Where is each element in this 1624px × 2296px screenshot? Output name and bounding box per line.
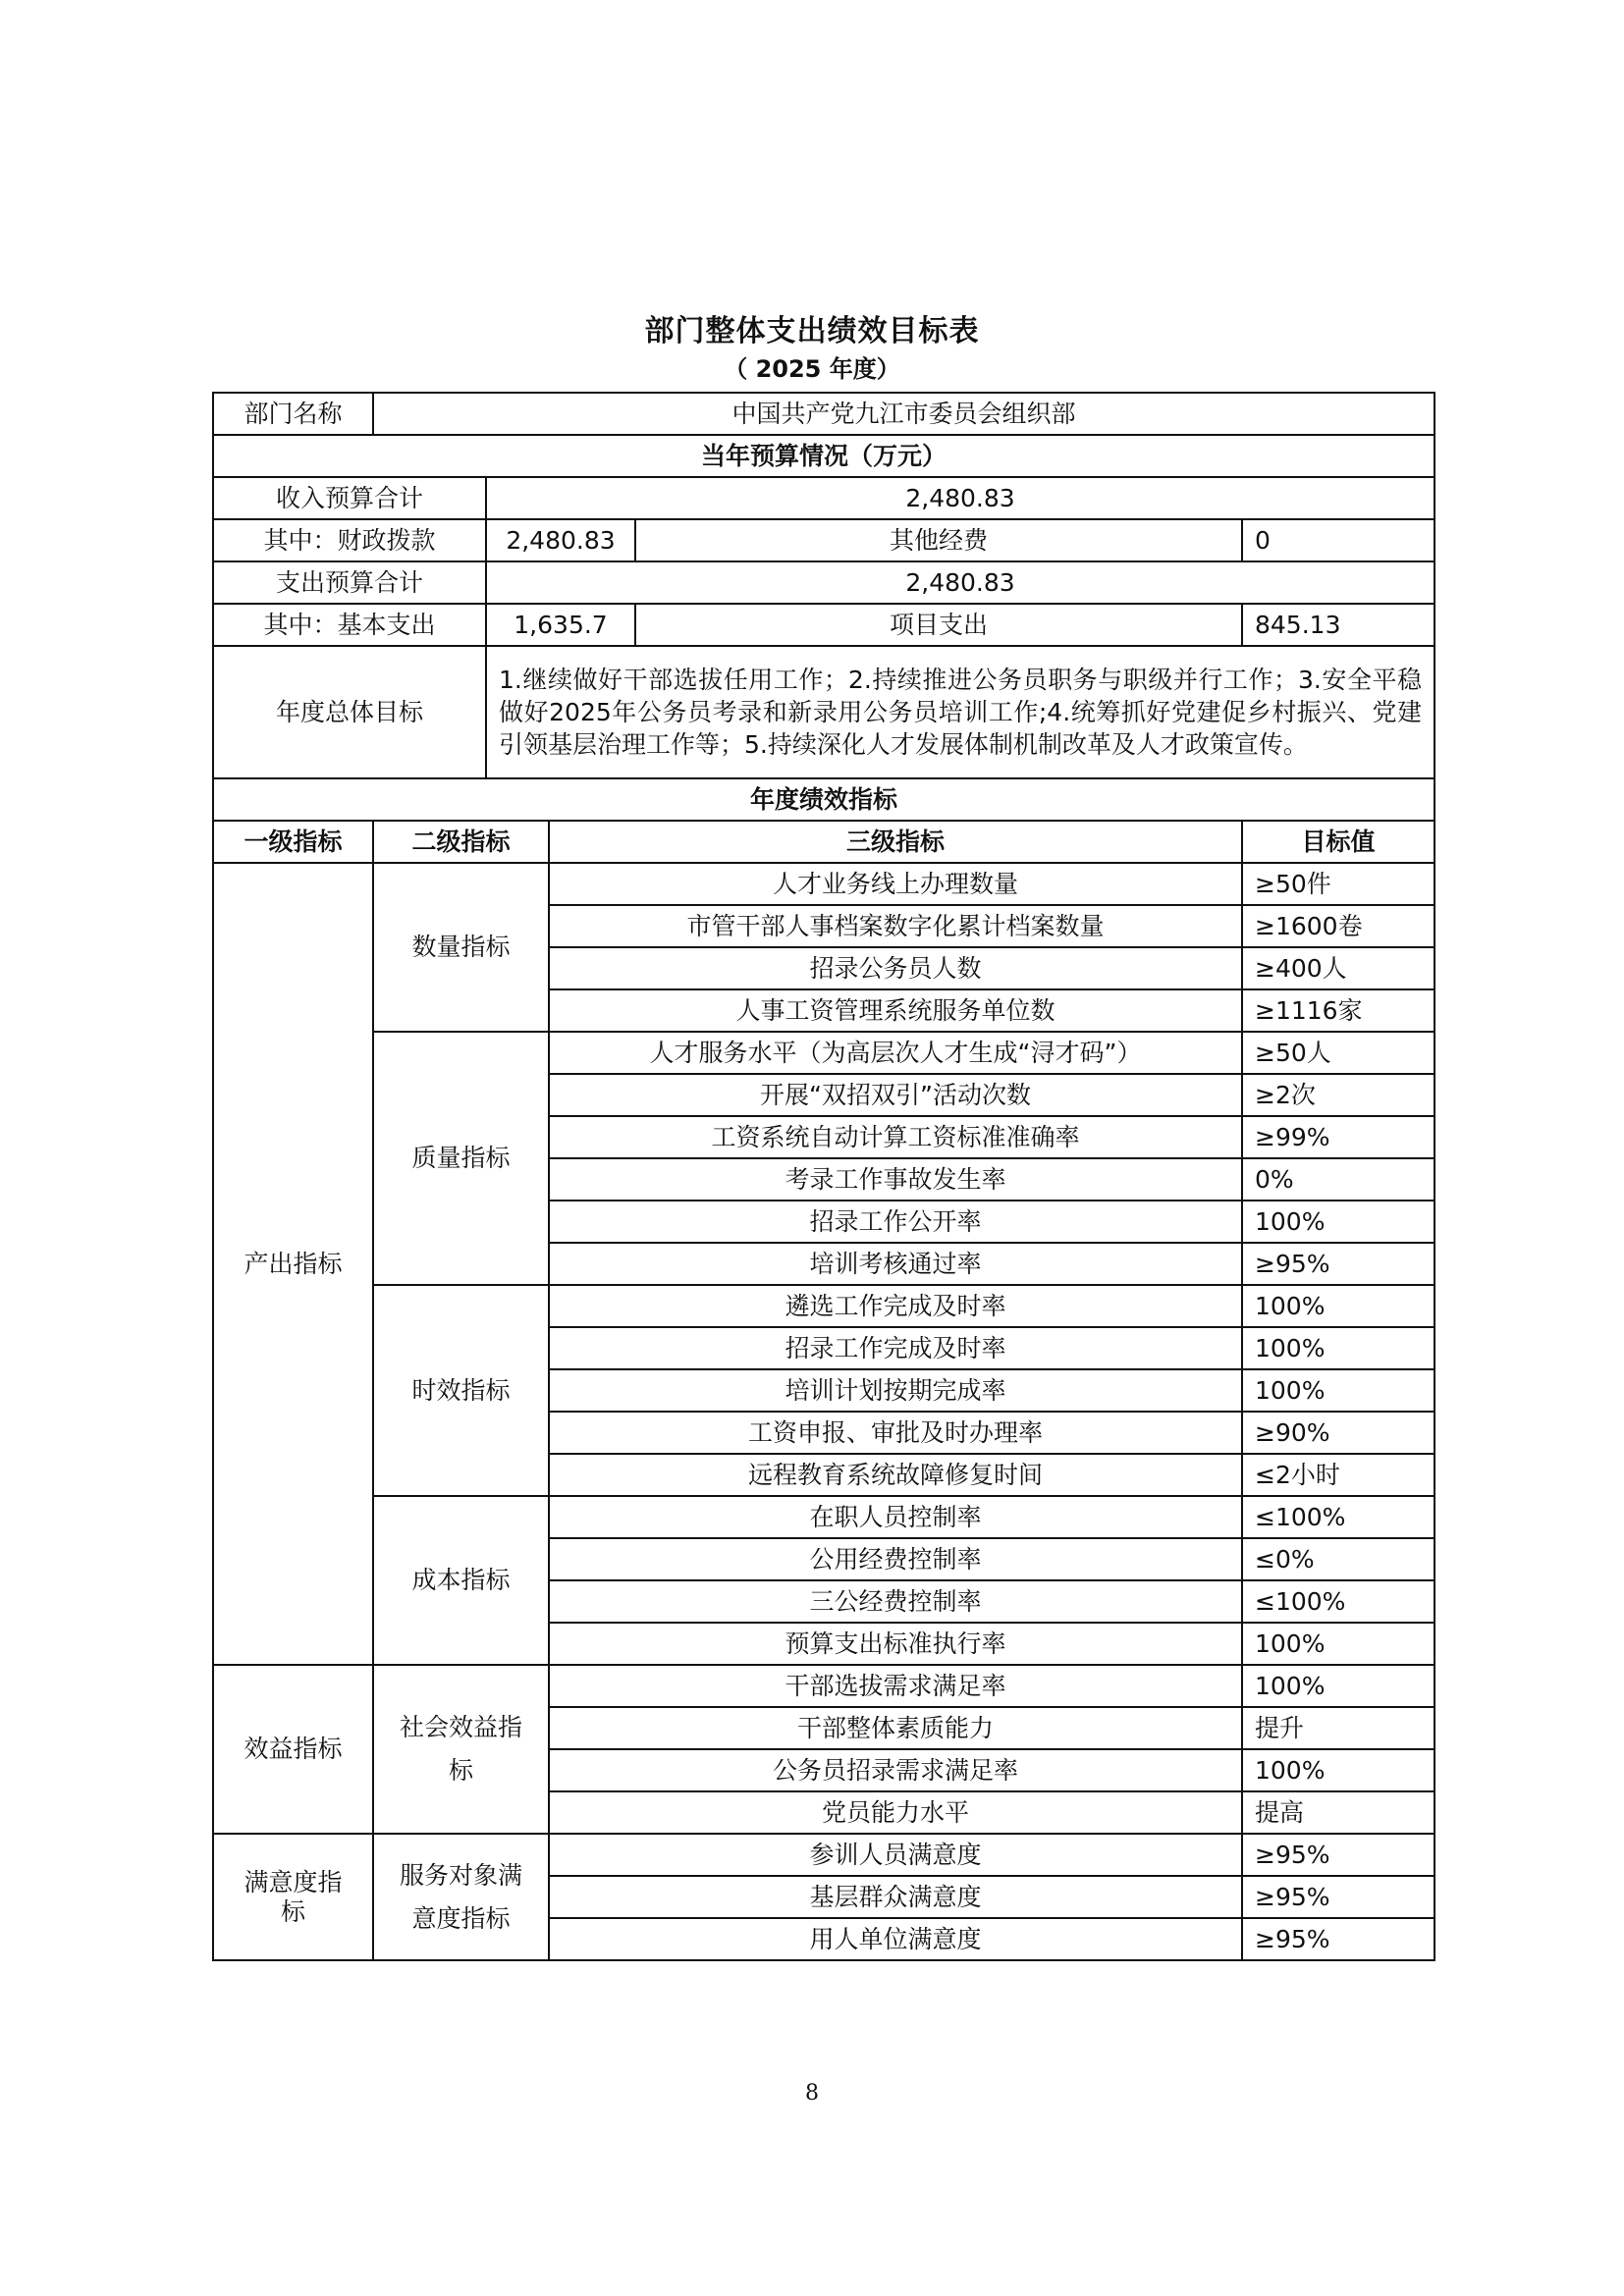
income-total-label: 收入预算合计: [213, 477, 486, 519]
indicators-column-header-row: 一级指标 二级指标 三级指标 目标值: [213, 821, 1435, 863]
target-value: ≤100%: [1242, 1496, 1435, 1538]
level3-indicator: 开展“双招双引”活动次数: [549, 1074, 1242, 1116]
target-value: ≥95%: [1242, 1918, 1435, 1960]
target-value: ≤100%: [1242, 1580, 1435, 1623]
indicators-section-header-row: 年度绩效指标: [213, 778, 1435, 821]
level3-indicator: 人才业务线上办理数量: [549, 863, 1242, 905]
level1-indicator: 效益指标: [213, 1665, 373, 1834]
dept-label: 部门名称: [213, 393, 373, 435]
level2-indicator: 社会效益指标: [373, 1665, 549, 1834]
target-value: ≥99%: [1242, 1116, 1435, 1158]
target-value: ≥95%: [1242, 1834, 1435, 1876]
fiscal-row: 其中：财政拨款 2,480.83 其他经费 0: [213, 519, 1435, 561]
level1-indicator: 产出指标: [213, 863, 373, 1665]
target-value: 100%: [1242, 1749, 1435, 1791]
budget-section-title: 当年预算情况（万元）: [213, 435, 1435, 477]
page-number: 8: [0, 2081, 1624, 2106]
target-value: ≥50件: [1242, 863, 1435, 905]
goal-label: 年度总体目标: [213, 646, 486, 778]
basic-value: 1,635.7: [486, 604, 635, 646]
level1-indicator: 满意度指标: [213, 1834, 373, 1960]
level3-indicator: 考录工作事故发生率: [549, 1158, 1242, 1201]
header-level1: 一级指标: [213, 821, 373, 863]
level3-indicator: 招录工作公开率: [549, 1201, 1242, 1243]
target-value: 提升: [1242, 1707, 1435, 1749]
level3-indicator: 招录公务员人数: [549, 947, 1242, 989]
level3-indicator: 市管干部人事档案数字化累计档案数量: [549, 905, 1242, 947]
level3-indicator: 工资申报、审批及时办理率: [549, 1412, 1242, 1454]
level3-indicator: 遴选工作完成及时率: [549, 1285, 1242, 1327]
level3-indicator: 干部整体素质能力: [549, 1707, 1242, 1749]
target-value: 100%: [1242, 1369, 1435, 1412]
expense-total-label: 支出预算合计: [213, 561, 486, 604]
level2-indicator: 质量指标: [373, 1032, 549, 1285]
indicator-row: 时效指标遴选工作完成及时率100%: [213, 1285, 1435, 1327]
target-value: 100%: [1242, 1201, 1435, 1243]
level3-indicator: 三公经费控制率: [549, 1580, 1242, 1623]
goal-text: 1.继续做好干部选拔任用工作；2.持续推进公务员职务与职级并行工作；3.安全平稳…: [486, 646, 1435, 778]
expense-total-row: 支出预算合计 2,480.83: [213, 561, 1435, 604]
indicator-row: 成本指标在职人员控制率≤100%: [213, 1496, 1435, 1538]
target-value: ≥2次: [1242, 1074, 1435, 1116]
header-level2: 二级指标: [373, 821, 549, 863]
target-value: ≥50人: [1242, 1032, 1435, 1074]
target-value: ≥400人: [1242, 947, 1435, 989]
target-value: 100%: [1242, 1665, 1435, 1707]
target-value: ≥1116家: [1242, 989, 1435, 1032]
dept-row: 部门名称 中国共产党九江市委员会组织部: [213, 393, 1435, 435]
level3-indicator: 用人单位满意度: [549, 1918, 1242, 1960]
indicators-section-title: 年度绩效指标: [213, 778, 1435, 821]
header-target: 目标值: [1242, 821, 1435, 863]
level3-indicator: 人事工资管理系统服务单位数: [549, 989, 1242, 1032]
basic-row: 其中：基本支出 1,635.7 项目支出 845.13: [213, 604, 1435, 646]
other-label: 其他经费: [635, 519, 1242, 561]
basic-label: 其中：基本支出: [213, 604, 486, 646]
level2-indicator: 数量指标: [373, 863, 549, 1032]
level3-indicator: 远程教育系统故障修复时间: [549, 1454, 1242, 1496]
dept-value: 中国共产党九江市委员会组织部: [373, 393, 1435, 435]
level2-indicator: 服务对象满意度指标: [373, 1834, 549, 1960]
target-value: 100%: [1242, 1285, 1435, 1327]
level3-indicator: 基层群众满意度: [549, 1876, 1242, 1918]
document-subtitle: （ 2025 年度）: [0, 349, 1624, 384]
level3-indicator: 工资系统自动计算工资标准准确率: [549, 1116, 1242, 1158]
header-level3: 三级指标: [549, 821, 1242, 863]
target-value: ≥90%: [1242, 1412, 1435, 1454]
target-value: ≥95%: [1242, 1876, 1435, 1918]
target-value: ≤0%: [1242, 1538, 1435, 1580]
indicator-row: 质量指标人才服务水平（为高层次人才生成“浔才码”）≥50人: [213, 1032, 1435, 1074]
target-value: 100%: [1242, 1327, 1435, 1369]
level3-indicator: 预算支出标准执行率: [549, 1623, 1242, 1665]
level3-indicator: 培训考核通过率: [549, 1243, 1242, 1285]
project-value: 845.13: [1242, 604, 1435, 646]
goal-row: 年度总体目标 1.继续做好干部选拔任用工作；2.持续推进公务员职务与职级并行工作…: [213, 646, 1435, 778]
level3-indicator: 在职人员控制率: [549, 1496, 1242, 1538]
level3-indicator: 参训人员满意度: [549, 1834, 1242, 1876]
budget-section-header-row: 当年预算情况（万元）: [213, 435, 1435, 477]
document-title: 部门整体支出绩效目标表: [0, 306, 1624, 349]
fiscal-value: 2,480.83: [486, 519, 635, 561]
expense-total-value: 2,480.83: [486, 561, 1435, 604]
target-value: ≥1600卷: [1242, 905, 1435, 947]
project-label: 项目支出: [635, 604, 1242, 646]
income-total-value: 2,480.83: [486, 477, 1435, 519]
fiscal-label: 其中：财政拨款: [213, 519, 486, 561]
level2-indicator: 成本指标: [373, 1496, 549, 1665]
target-value: 提高: [1242, 1791, 1435, 1834]
income-total-row: 收入预算合计 2,480.83: [213, 477, 1435, 519]
performance-target-table: 部门名称 中国共产党九江市委员会组织部 当年预算情况（万元） 收入预算合计 2,…: [212, 392, 1435, 1961]
level3-indicator: 人才服务水平（为高层次人才生成“浔才码”）: [549, 1032, 1242, 1074]
target-value: ≥95%: [1242, 1243, 1435, 1285]
indicator-row: 效益指标社会效益指标干部选拔需求满足率100%: [213, 1665, 1435, 1707]
level3-indicator: 干部选拔需求满足率: [549, 1665, 1242, 1707]
level3-indicator: 培训计划按期完成率: [549, 1369, 1242, 1412]
indicator-row: 产出指标数量指标人才业务线上办理数量≥50件: [213, 863, 1435, 905]
level2-indicator: 时效指标: [373, 1285, 549, 1496]
level3-indicator: 公务员招录需求满足率: [549, 1749, 1242, 1791]
target-value: ≤2小时: [1242, 1454, 1435, 1496]
target-value: 100%: [1242, 1623, 1435, 1665]
level3-indicator: 公用经费控制率: [549, 1538, 1242, 1580]
target-value: 0%: [1242, 1158, 1435, 1201]
level3-indicator: 党员能力水平: [549, 1791, 1242, 1834]
level3-indicator: 招录工作完成及时率: [549, 1327, 1242, 1369]
indicator-row: 满意度指标服务对象满意度指标参训人员满意度≥95%: [213, 1834, 1435, 1876]
other-value: 0: [1242, 519, 1435, 561]
